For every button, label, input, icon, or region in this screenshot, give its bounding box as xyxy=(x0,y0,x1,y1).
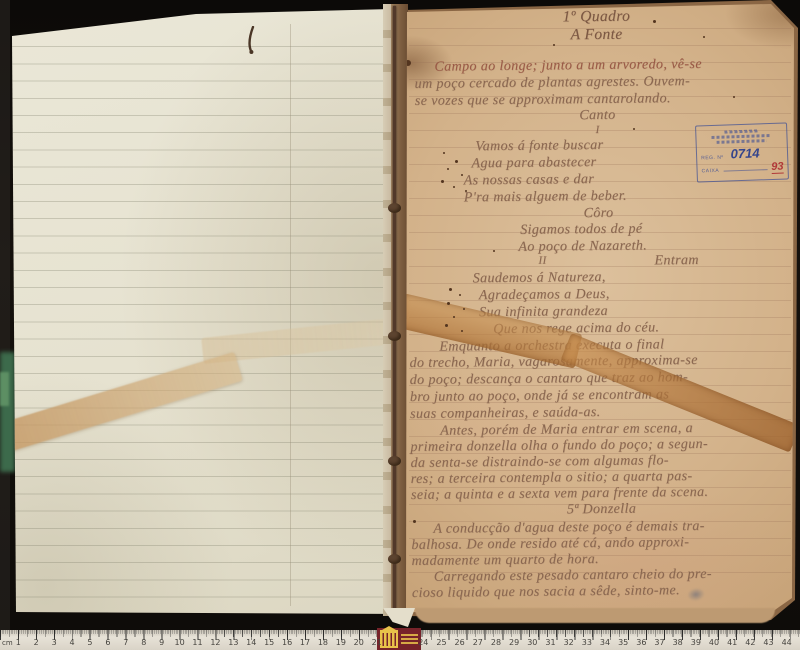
torn-paper-edge xyxy=(383,4,391,616)
ink-dot xyxy=(413,520,416,523)
margin-line xyxy=(290,24,291,606)
stamp-caixa-label: CAIXA xyxy=(702,168,720,175)
ruler-number: 24 xyxy=(418,638,428,647)
stamp-fill-line xyxy=(723,163,767,172)
ruler-number: 43 xyxy=(763,638,773,647)
ruler-number: 28 xyxy=(491,638,501,647)
ruler-number: 39 xyxy=(691,638,701,647)
ink-dot xyxy=(447,302,450,305)
ink-dot xyxy=(653,20,656,23)
ruler-number: 33 xyxy=(582,638,592,647)
ink-dot xyxy=(703,36,705,38)
ruler-number: 44 xyxy=(782,638,792,647)
ruler-number: 17 xyxy=(300,638,310,647)
ruler-number: 38 xyxy=(673,638,683,647)
ink-dot xyxy=(455,160,458,163)
archive-logo xyxy=(377,628,421,650)
ink-dot xyxy=(553,44,555,46)
background-green-cloth-highlight xyxy=(0,372,9,406)
background-left-edge xyxy=(0,0,10,650)
handwritten-line: Vamos á fonte buscar xyxy=(475,138,603,155)
ruler-number: 32 xyxy=(564,638,574,647)
ruler-number: 10 xyxy=(174,638,184,647)
ruler-number: 41 xyxy=(727,638,737,647)
handwritten-line: um poço cercado de plantas agrestes. Ouv… xyxy=(415,74,691,93)
binding-knot xyxy=(388,554,401,564)
handwritten-line: Saudemos á Natureza, xyxy=(473,270,606,287)
binding-cord xyxy=(393,6,396,614)
ink-dot xyxy=(733,96,735,98)
stamp-caixa-number: 93 xyxy=(771,161,784,174)
handwritten-line: bro junto ao poço, onde já se encontram … xyxy=(410,387,669,406)
ruler-number: 8 xyxy=(141,638,146,647)
stamp-print-line xyxy=(717,139,766,144)
ruler-number: 12 xyxy=(210,638,220,647)
ruler-number: 9 xyxy=(159,638,164,647)
ruler-number: 2 xyxy=(34,638,39,647)
ruler-number: 34 xyxy=(600,638,610,647)
ruler-unit-label: cm xyxy=(2,639,13,647)
ruler-number: 16 xyxy=(282,638,292,647)
ruler-number: 1 xyxy=(16,638,21,647)
archive-building-icon xyxy=(380,630,398,648)
book-bottom-edge xyxy=(415,608,775,623)
ruler-number: 27 xyxy=(473,638,483,647)
ruler-number: 5 xyxy=(87,638,92,647)
ruler-number: 14 xyxy=(246,638,256,647)
ink-dot xyxy=(443,152,445,154)
handwritten-line: Ao poço de Nazareth. xyxy=(518,238,647,255)
ruler-number: 40 xyxy=(709,638,719,647)
ruler-number: 35 xyxy=(618,638,628,647)
ruler-number: 37 xyxy=(654,638,664,647)
handwritten-line: Agradeçamos a Deus, xyxy=(479,287,610,304)
handwritten-line: suas companheiras, e saúda-as. xyxy=(410,405,601,423)
handwritten-line: P'ra mais alguem de beber. xyxy=(464,189,627,207)
handwritten-line: A Fonte xyxy=(400,24,793,46)
stamp-print-line xyxy=(724,129,759,133)
ink-dot xyxy=(445,324,448,327)
handwritten-line: II xyxy=(538,255,546,267)
ink-dot xyxy=(453,316,455,318)
torn-paper-bottom xyxy=(383,608,415,628)
ink-mark xyxy=(244,26,258,56)
ruler-number: 20 xyxy=(354,638,364,647)
ruled-lines xyxy=(10,30,396,608)
stamp-reg-label: REG. Nº xyxy=(701,155,724,162)
ruler-number: 25 xyxy=(436,638,446,647)
handwritten-line: Sigamos todos de pé xyxy=(520,222,642,239)
ruler-number: 36 xyxy=(636,638,646,647)
ruler-number: 19 xyxy=(336,638,346,647)
right-page: 1º QuadroA FonteCampo ao longe; junto a … xyxy=(403,2,796,616)
ruler-number: 26 xyxy=(455,638,465,647)
binding-knot xyxy=(388,456,401,466)
binding-knot xyxy=(388,203,401,213)
handwritten-line: cioso liquido que nos sacia a sêde, sint… xyxy=(412,583,680,602)
ruler-number: 3 xyxy=(52,638,57,647)
ink-dot xyxy=(449,288,452,291)
ruler-number: 18 xyxy=(318,638,328,647)
ink-dot xyxy=(453,186,455,188)
ink-dot xyxy=(493,250,495,252)
binding-knot xyxy=(388,331,401,341)
ink-dot xyxy=(465,190,467,192)
scanned-manuscript-page: { "right_page": { "lines": [ {"t":"1º Qu… xyxy=(0,0,800,650)
ruler-number: 15 xyxy=(264,638,274,647)
ink-dot xyxy=(461,174,463,176)
handwritten-line: Entram xyxy=(654,253,699,269)
handwritten-line: balhosa. De onde resido até cá, ando app… xyxy=(411,535,689,554)
archive-stamp: REG. Nº 0714 CAIXA 93 xyxy=(695,122,789,182)
ruler-number: 6 xyxy=(105,638,110,647)
ruler-number: 4 xyxy=(70,638,75,647)
ruler-number: 7 xyxy=(123,638,128,647)
ink-dot xyxy=(441,180,444,183)
background-green-cloth xyxy=(0,352,15,472)
handwritten-line: Agua para abastecer xyxy=(471,155,596,172)
ink-dot xyxy=(463,308,465,310)
ruler-number: 30 xyxy=(527,638,537,647)
ruler-number: 42 xyxy=(745,638,755,647)
ruler: cm 1234567891011121314151617181920212425… xyxy=(0,630,800,650)
handwritten-line: 5ª Donzella xyxy=(405,500,798,520)
handwritten-line: As nossas casas e dar xyxy=(464,172,595,189)
ink-dot xyxy=(461,330,463,332)
ruler-number: 11 xyxy=(192,638,202,647)
ruler-number: 13 xyxy=(228,638,238,647)
handwritten-line: Campo ao longe; junto a um arvoredo, vê-… xyxy=(434,57,702,76)
stamp-reg-number: 0714 xyxy=(730,145,759,161)
ink-dot xyxy=(459,294,461,296)
ink-dot xyxy=(447,168,449,170)
ruler-number: 21 xyxy=(372,638,382,647)
ruler-number: 29 xyxy=(509,638,519,647)
left-page xyxy=(6,6,400,616)
ink-dot xyxy=(633,128,635,130)
ruler-number: 31 xyxy=(545,638,555,647)
handwritten-line: madamente um quarto de hora. xyxy=(412,552,600,570)
